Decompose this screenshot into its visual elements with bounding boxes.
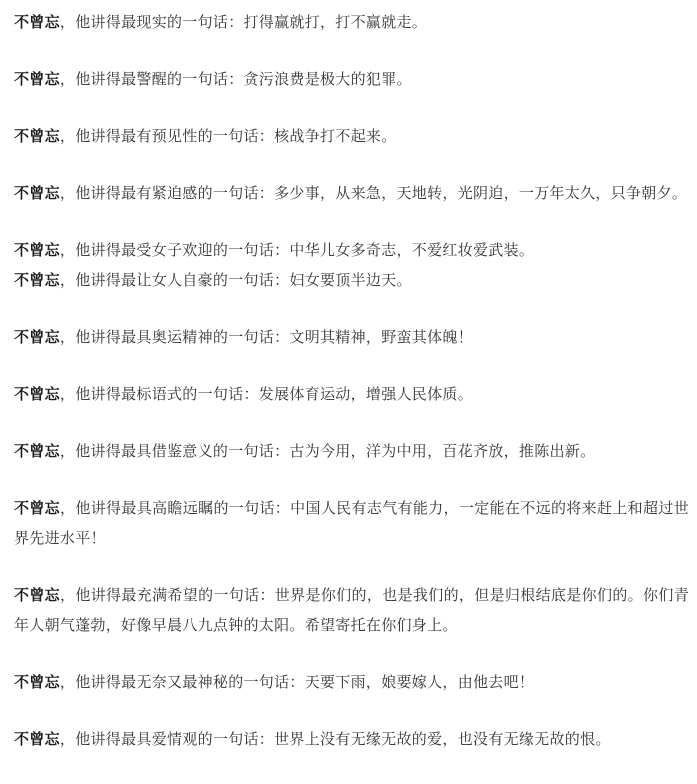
paragraph-text: ，他讲得最具奥运精神的一句话：文明其精神，野蛮其体魄！	[60, 329, 473, 346]
paragraph-lead: 不曾忘	[14, 185, 60, 202]
paragraph: 不曾忘，他讲得最现实的一句话：打得赢就打，打不赢就走。	[14, 8, 689, 38]
paragraph: 不曾忘，他讲得最标语式的一句话：发展体育运动，增强人民体质。	[14, 380, 689, 410]
paragraph: 不曾忘，他讲得最让女人自豪的一句话：妇女要顶半边天。	[14, 266, 689, 296]
paragraph-lead: 不曾忘	[14, 500, 60, 517]
paragraph-list: 不曾忘，他讲得最现实的一句话：打得赢就打，打不赢就走。 不曾忘，他讲得最警醒的一…	[14, 8, 689, 755]
paragraph-lead: 不曾忘	[14, 674, 60, 691]
paragraph: 不曾忘，他讲得最具爱情观的一句话：世界上没有无缘无故的爱，也没有无缘无故的恨。	[14, 725, 689, 755]
paragraph-text: ，他讲得最充满希望的一句话：世界是你们的，也是我们的，但是归根结底是你们的。你们…	[14, 587, 689, 634]
paragraph-text: ，他讲得最具高瞻远瞩的一句话：中国人民有志气有能力，一定能在不远的将来赶上和超过…	[14, 500, 689, 547]
paragraph: 不曾忘，他讲得最具借鉴意义的一句话：古为今用，洋为中用，百花齐放，推陈出新。	[14, 437, 689, 467]
paragraph: 不曾忘，他讲得最警醒的一句话：贪污浪费是极大的犯罪。	[14, 65, 689, 95]
paragraph-text: ，他讲得最有紧迫感的一句话：多少事，从来急，天地转，光阴迫，一万年太久，只争朝夕…	[60, 185, 687, 202]
paragraph: 不曾忘，他讲得最具奥运精神的一句话：文明其精神，野蛮其体魄！	[14, 323, 689, 353]
paragraph-lead: 不曾忘	[14, 386, 60, 403]
paragraph-lead: 不曾忘	[14, 242, 60, 259]
paragraph: 不曾忘，他讲得最受女子欢迎的一句话：中华儿女多奇志，不爱红妆爱武装。	[14, 236, 689, 266]
article-body: 不曾忘，他讲得最现实的一句话：打得赢就打，打不赢就走。 不曾忘，他讲得最警醒的一…	[0, 0, 697, 755]
paragraph-text: ，他讲得最现实的一句话：打得赢就打，打不赢就走。	[60, 14, 427, 31]
paragraph-lead: 不曾忘	[14, 128, 60, 145]
paragraph: 不曾忘，他讲得最有紧迫感的一句话：多少事，从来急，天地转，光阴迫，一万年太久，只…	[14, 179, 689, 209]
paragraph-text: ，他讲得最让女人自豪的一句话：妇女要顶半边天。	[60, 272, 412, 289]
paragraph: 不曾忘，他讲得最具高瞻远瞩的一句话：中国人民有志气有能力，一定能在不远的将来赶上…	[14, 494, 689, 554]
paragraph-lead: 不曾忘	[14, 14, 60, 31]
paragraph: 不曾忘，他讲得最无奈又最神秘的一句话：天要下雨，娘要嫁人，由他去吧！	[14, 668, 689, 698]
paragraph-text: ，他讲得最有预见性的一句话：核战争打不起来。	[60, 128, 397, 145]
paragraph-lead: 不曾忘	[14, 731, 60, 748]
paragraph: 不曾忘，他讲得最充满希望的一句话：世界是你们的，也是我们的，但是归根结底是你们的…	[14, 581, 689, 641]
paragraph-text: ，他讲得最具借鉴意义的一句话：古为今用，洋为中用，百花齐放，推陈出新。	[60, 443, 596, 460]
paragraph-lead: 不曾忘	[14, 272, 60, 289]
paragraph-lead: 不曾忘	[14, 587, 60, 604]
paragraph-text: ，他讲得最警醒的一句话：贪污浪费是极大的犯罪。	[60, 71, 412, 88]
paragraph-lead: 不曾忘	[14, 329, 60, 346]
paragraph-text: ，他讲得最标语式的一句话：发展体育运动，增强人民体质。	[60, 386, 473, 403]
paragraph-text: ，他讲得最无奈又最神秘的一句话：天要下雨，娘要嫁人，由他去吧！	[60, 674, 534, 691]
paragraph-lead: 不曾忘	[14, 443, 60, 460]
paragraph-text: ，他讲得最具爱情观的一句话：世界上没有无缘无故的爱，也没有无缘无故的恨。	[60, 731, 611, 748]
paragraph-lead: 不曾忘	[14, 71, 60, 88]
paragraph-text: ，他讲得最受女子欢迎的一句话：中华儿女多奇志，不爱红妆爱武装。	[60, 242, 534, 259]
paragraph: 不曾忘，他讲得最有预见性的一句话：核战争打不起来。	[14, 122, 689, 152]
